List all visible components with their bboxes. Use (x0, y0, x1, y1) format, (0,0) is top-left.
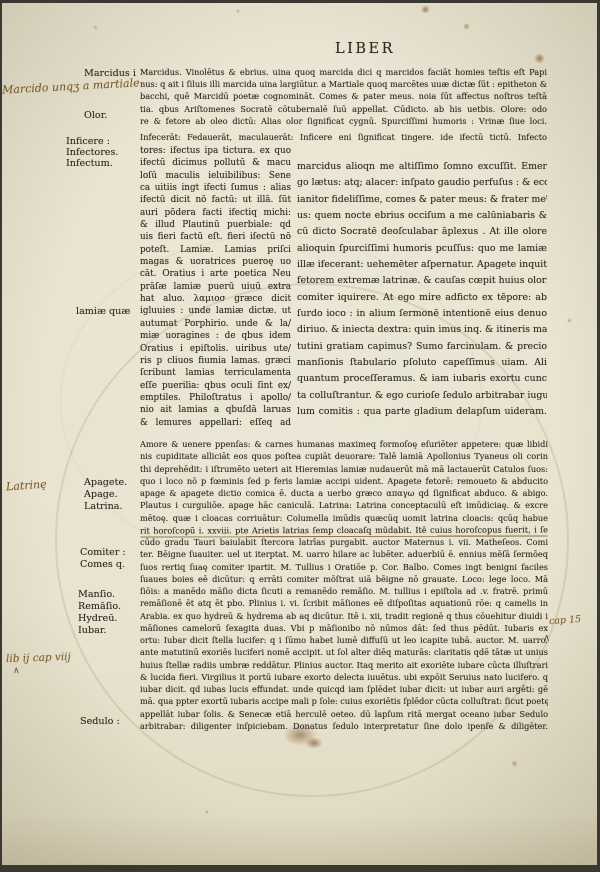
text-line: ris p cliuos fiumia lamas. græci (140, 355, 291, 367)
text-line: ſiōis: a manēdo māſio dicta ſicuti a rem… (140, 585, 548, 597)
text-line: & lemures appellari: eſſeq ad (140, 417, 291, 429)
text-line: nis cupiditate alliciāt eos quos poſtea … (140, 450, 548, 462)
text-line: mā. qua ppter exortū iubaris accipe mali… (140, 695, 548, 707)
margin-lemma-infectum: Infectum. (66, 158, 113, 169)
text-line: uis fieri factū eſt. fieri iſectū nō (140, 231, 291, 243)
text-line: cāt. Oratius i arte poetica Neu (140, 268, 291, 280)
text-line: ſuaues boies eē dicūtur: q errāti comite… (140, 573, 548, 585)
text-line: Amore & uenere ppenſas: & carnes humanas… (140, 438, 548, 450)
bridge-line: Infecerāt: Fedauerāt, maculauerāt: Infic… (140, 131, 547, 143)
text-line: cūdo gradu Tauri baiulabit ſtercora latr… (140, 536, 548, 548)
text-line: thi deprehēdit: i iſtrumēto ueteri ait H… (140, 463, 548, 475)
text-line: diriuo. & iniecta dextra: quin imus inq.… (297, 322, 547, 338)
running-header: LIBER (300, 41, 430, 57)
text-line: hat aluo. λαμιοσ græce dicit (140, 293, 291, 305)
margin-lemma-mansio: Manſio. (78, 589, 115, 600)
text-line: nus: q ait i ſiluis illi marcida uina la… (140, 78, 547, 90)
text-line: Plautus i curguliōe. apage hāc caniculā.… (140, 499, 548, 511)
margin-lemma-apagete: Apagete. (84, 477, 127, 488)
margin-lemma-apage: Apage. (84, 489, 118, 500)
text-line: tutini gratiam capimus? Sumo farcinulam.… (297, 339, 547, 355)
margin-lemma-iubar: Iubar. (78, 625, 106, 636)
lower-paragraphs: Amore & uenere ppenſas: & carnes humanas… (140, 438, 548, 732)
scanned-book-page: { "page": { "header": "LIBER", "paper_co… (0, 0, 600, 872)
text-line: Arabia. ex quo hydreū & hydrema ab aq di… (140, 610, 548, 622)
text-line: remāſionē ēt atq ēt pbo. Plinius i. vi. … (140, 597, 548, 609)
text-line: & lucida fieri. Virgilius it portū iubar… (140, 671, 548, 683)
text-line: fetorem extremæ latrinæ. & cauſas cœpit … (297, 273, 547, 289)
text-line: apage & apagete dictio comica ē. ducta a… (140, 487, 548, 499)
text-line: autumat Porphirio. unde & la/ (140, 318, 291, 330)
text-line: Marcidus. Vinolētus & ebrius. uina quoq … (140, 66, 547, 78)
text-line: ifectū dicimus pollutū & macu (140, 157, 291, 169)
text-line: ter. Bēigne ſuauiter. uel ut iterptat. M… (140, 548, 548, 560)
text-line: quo i loco nō p fœminis ſed p feris lami… (140, 475, 548, 487)
text-line: manſionis ſtabulario pſoluto capeſſimus … (297, 355, 547, 371)
handwritten-caret-left-icon: ∧ (13, 666, 20, 676)
text-line: ſcribunt lamias terriculamenta (140, 367, 291, 379)
text-line: & illud Plautinū puerbiale: qd (140, 219, 291, 231)
margin-lemma-infectores: Infectores. (66, 147, 118, 158)
text-line: ianitor fideliſſime, comes & pater meus:… (297, 192, 547, 208)
margin-lemma-olor: Olor. (84, 110, 107, 121)
text-line: appellāt iubar ſolis. & Senecæ etiā herc… (140, 708, 548, 720)
margin-lemma-lamie: lamiæ quæ (76, 306, 130, 317)
text-line: us: quem nocte ebrius occiſum a me calūn… (297, 208, 547, 224)
text-line: nio ait lamias a qbuſdā laruas (140, 404, 291, 416)
text-line: rit horoſcopū i. xxviii. pte Arietis lat… (140, 523, 548, 536)
text-line: quantum proceſſeramus. & iam iubaris exo… (297, 371, 547, 387)
text-line: lum comitis : qua parte gladium delapſum… (297, 404, 547, 420)
margin-lemma-hydreu: Hydreū. (78, 613, 117, 624)
text-line: go lætus: atq; alacer: inſpato gaudio pe… (297, 175, 547, 191)
text-line: comiter iquirere. At ego mire adficto ex… (297, 290, 547, 306)
text-line: illæ ifecerant: uehemēter aſpernatur. Ap… (297, 257, 547, 273)
text-line: māſiones camelorū ſexagita duas. Vbi p m… (140, 622, 548, 634)
text-line: marcidus alioqn me altiſſimo ſomno excuſ… (297, 159, 547, 175)
margin-lemma-latrina: Latrina. (84, 501, 123, 512)
margin-lemma-comiter: Comiter : (80, 547, 126, 558)
text-line: re & fetore ab oleo dictū: Alias olor ſi… (140, 115, 547, 127)
text-line: tores: ifectus ipa tictura. ex quo (140, 145, 291, 157)
text-line: Infecerāt: Fedauerāt, maculauerāt: Infic… (140, 131, 547, 143)
text-line: alioquin ſpurciſſimi humoris pcuſſus: qu… (297, 241, 547, 257)
text-line: mētoę. quæ i cloacas corriuātur: Columel… (140, 512, 548, 524)
intro-paragraph: Marcidus. Vinolētus & ebrius. uina quoq … (140, 66, 547, 127)
text-line: ifectū dicit nō factū: ut illā. ſūt (140, 194, 291, 206)
text-line: ſuos rertiq ſuaę comiter ipartit. M. Tul… (140, 561, 548, 573)
text-line: iubar dicit. qd iubas lucis effundat. un… (140, 683, 548, 695)
text-line: loſū maculis ieluibilibus: Sene (140, 170, 291, 182)
commentary-column: tores: ifectus ipa tictura. ex quoifectū… (140, 145, 291, 429)
handwritten-note-cap15: cap 15 (549, 614, 582, 627)
main-text-column: marcidus alioqn me altiſſimo ſomno excuſ… (297, 159, 547, 421)
text-line: cū dicto Socratē deoſculabar āplexus . A… (297, 224, 547, 240)
text-line: ſurdo ioco : in alium ſermonē intentionē… (297, 306, 547, 322)
text-line: igluuies : unde lamiæ dictæ. ut (140, 305, 291, 317)
text-line: eſſe puerilia: qbus oculi ſint ex/ (140, 380, 291, 392)
text-line: magas & uoratrices pueroę uo (140, 256, 291, 268)
handwritten-note-lib-cap: lib ij cap viij (6, 651, 71, 665)
margin-lemma-comes: Comes q. (80, 559, 125, 570)
text-line: poteſt. Lamiæ. Lamias priſci (140, 244, 291, 256)
text-line: ca uitiis ingt ifecti ſumus : alias (140, 182, 291, 194)
text-line: emptiles. Philoſtratus i apollo/ (140, 392, 291, 404)
text-line: bacchi, quē Marcidū poetæ cognomināt. Co… (140, 90, 547, 102)
margin-lemma-sedulo: Sedulo : (80, 716, 120, 727)
margin-lemma-remansio: Remāſio. (78, 601, 121, 612)
text-line: tia. qbus Ariſtomenes Socratē cōtubernal… (140, 103, 547, 115)
text-line: huius ſtellæ radiis umbræ reddātur. Plin… (140, 659, 548, 671)
text-line: prāſæ lamiæ puerū uiuū extra (140, 281, 291, 293)
text-line: arbitrabar: diligenter inſpiciebam. Dona… (140, 720, 548, 732)
text-line: ortu: Iubar dicit ſtella lucifer: q i ſū… (140, 634, 548, 646)
text-line: Oratius i epiſtolis. uiribus ute/ (140, 343, 291, 355)
text-line: ante matutinū exoriēs luciferi nomē acci… (140, 646, 548, 658)
text-line: ta colluſtrantur. & ego curioſe ſedulo a… (297, 388, 547, 404)
text-line: auri pōdera facti ifectiq michi: (140, 207, 291, 219)
text-line: miæ uoragines : de qbus idem (140, 330, 291, 342)
margin-lemma-inficere: Inficere : (66, 136, 110, 147)
